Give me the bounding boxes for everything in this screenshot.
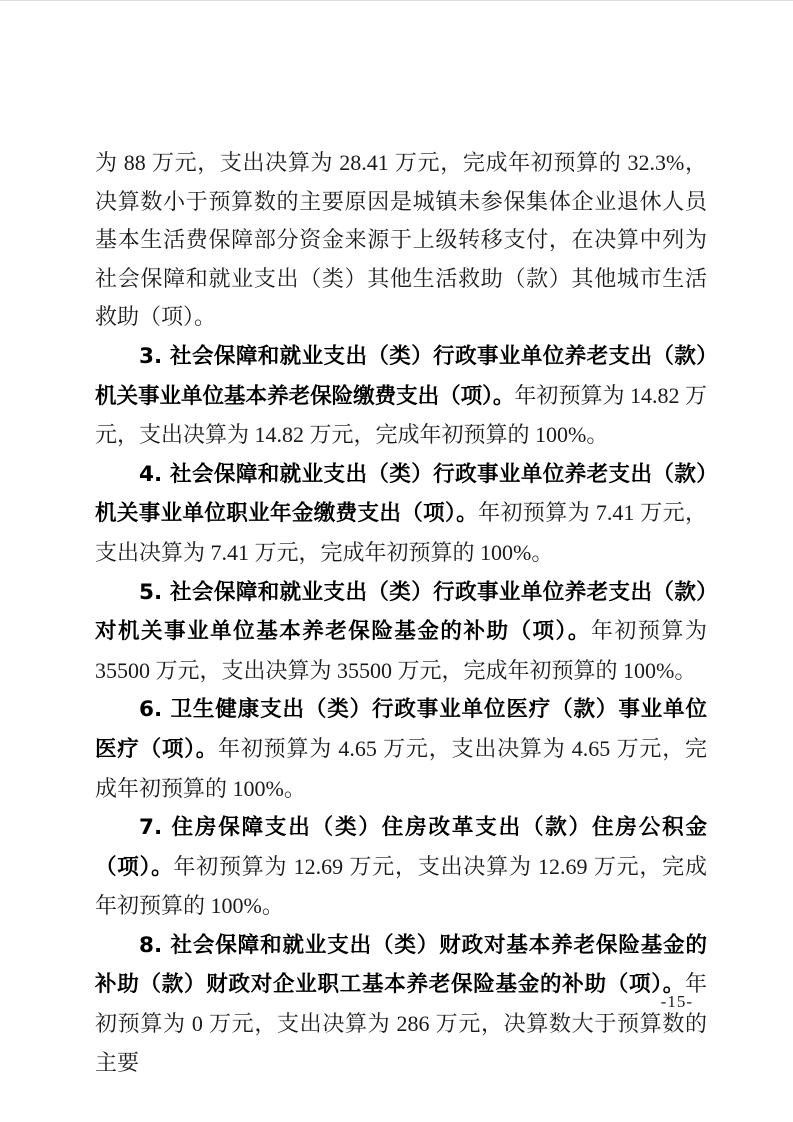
paragraph-item-4: 4. 社会保障和就业支出（类）行政事业单位养老支出（款）机关事业单位职业年金缴费…	[95, 455, 707, 573]
paragraph-body-text: 为 88 万元，支出决算为 28.41 万元，完成年初预算的 32.3%，决算数…	[95, 150, 707, 329]
page-number: -15-	[661, 992, 693, 1011]
paragraph-heading-text: 8. 社会保障和就业支出（类）财政对基本养老保险基金的补助（款）财政对企业职工基…	[95, 933, 707, 998]
document-body: 为 88 万元，支出决算为 28.41 万元，完成年初预算的 32.3%，决算数…	[95, 144, 707, 1082]
document-page: 为 88 万元，支出决算为 28.41 万元，完成年初预算的 32.3%，决算数…	[0, 0, 793, 1122]
paragraph-body-text: 年初预算为 12.69 万元，支出决算为 12.69 万元，完成年初预算的 10…	[95, 854, 707, 919]
paragraph-item-3: 3. 社会保障和就业支出（类）行政事业单位养老支出（款）机关事业单位基本养老保险…	[95, 337, 707, 455]
paragraph-continuation: 为 88 万元，支出决算为 28.41 万元，完成年初预算的 32.3%，决算数…	[95, 144, 707, 337]
paragraph-item-6: 6. 卫生健康支出（类）行政事业单位医疗（款）事业单位医疗（项）。年初预算为 4…	[95, 690, 707, 808]
paragraph-item-5: 5. 社会保障和就业支出（类）行政事业单位养老支出（款）对机关事业单位基本养老保…	[95, 573, 707, 691]
page-footer: -15-	[661, 992, 693, 1012]
paragraph-item-7: 7. 住房保障支出（类）住房改革支出（款）住房公积金（项）。年初预算为 12.6…	[95, 808, 707, 926]
paragraph-item-8: 8. 社会保障和就业支出（类）财政对基本养老保险基金的补助（款）财政对企业职工基…	[95, 926, 707, 1082]
